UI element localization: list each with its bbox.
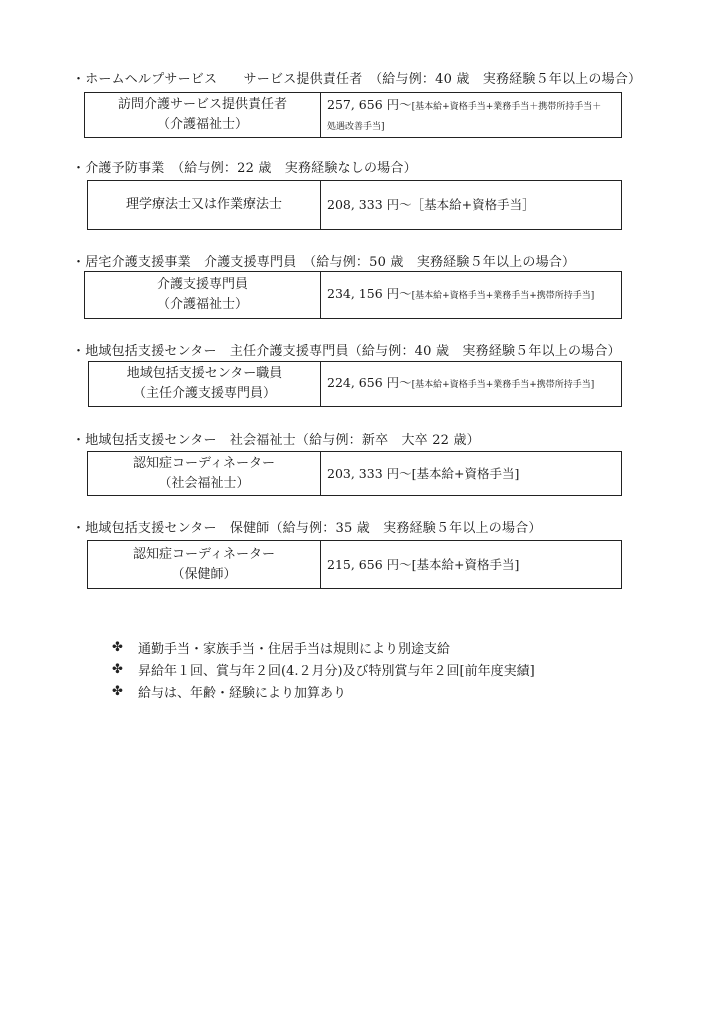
salary-cell: 234, 156 円～[基本給+資格手当+業務手当+携帯所持手当]: [321, 272, 621, 318]
salary-table-chief-care-manager: 地域包括支援センター職員 （主任介護支援専門員） 224, 656 円～[基本給…: [88, 361, 622, 407]
salary-cell: 208, 333 円～［基本給+資格手当］: [321, 181, 621, 229]
salary-amount: 234, 156 円～: [327, 286, 412, 301]
section-heading-chief-care-manager: ・地域包括支援センター 主任介護支援専門員（給与例：40 歳 実務経験５年以上の…: [72, 344, 621, 360]
salary-table-social-worker: 認知症コーディネーター （社会福祉士） 203, 333 円～[基本給+資格手当…: [87, 451, 622, 496]
position-title: 訪問介護サービス提供責任者: [118, 95, 287, 115]
note-text: 昇給年１回、賞与年２回(4.２月分)及び特別賞与年２回[前年度実績]: [138, 660, 535, 679]
note-text: 給与は、年齢・経験により加算あり: [138, 682, 346, 701]
qualification: （主任介護支援専門員）: [133, 384, 276, 404]
position-title: 地域包括支援センター職員: [127, 364, 282, 384]
salary-amount: 215, 656 円～: [327, 557, 412, 572]
salary-table-home-help: 訪問介護サービス提供責任者 （介護福祉士） 257, 656 円～[基本給+資格…: [84, 92, 622, 138]
section-heading-prevention: ・介護予防事業 （給与例：22 歳 実務経験なしの場合）: [72, 161, 417, 177]
salary-amount: 203, 333 円～: [327, 466, 412, 481]
salary-breakdown: [基本給+資格手当+業務手当+携帯所持手当]: [412, 380, 595, 390]
clover-bullet-icon: ✤: [112, 640, 138, 655]
note-text: 通勤手当・家族手当・住居手当は規則により別途支給: [138, 638, 450, 657]
salary-cell: 215, 656 円～[基本給+資格手当]: [321, 541, 621, 588]
position-title: 認知症コーディネーター: [133, 454, 275, 474]
note-item: ✤ 給与は、年齢・経験により加算あり: [112, 680, 535, 702]
clover-bullet-icon: ✤: [112, 662, 138, 677]
qualification: （保健師）: [171, 565, 236, 585]
qualification: （介護福祉士）: [157, 115, 248, 135]
qualification: （介護福祉士）: [157, 295, 248, 315]
salary-table-home-care-support: 介護支援専門員 （介護福祉士） 234, 156 円～[基本給+資格手当+業務手…: [84, 271, 622, 319]
position-title: 理学療法士又は作業療法士: [126, 195, 282, 215]
position-title: 介護支援専門員: [157, 275, 248, 295]
position-cell: 認知症コーディネーター （社会福祉士）: [88, 452, 321, 495]
notes-list: ✤ 通勤手当・家族手当・住居手当は規則により別途支給 ✤ 昇給年１回、賞与年２回…: [112, 636, 535, 702]
salary-breakdown: [基本給+資格手当]: [412, 466, 520, 481]
section-heading-home-care-support: ・居宅介護支援事業 介護支援専門員 （給与例：50 歳 実務経験５年以上の場合）: [72, 255, 575, 271]
salary-amount: 208, 333 円～: [327, 197, 412, 212]
position-cell: 地域包括支援センター職員 （主任介護支援専門員）: [89, 362, 321, 406]
salary-cell: 257, 656 円～[基本給+資格手当+業務手当＋携帯所持手当＋ 処遇改善手当…: [321, 93, 621, 137]
salary-breakdown: [基本給+資格手当+業務手当＋携帯所持手当＋: [412, 102, 602, 112]
note-item: ✤ 昇給年１回、賞与年２回(4.２月分)及び特別賞与年２回[前年度実績]: [112, 658, 535, 680]
salary-table-prevention: 理学療法士又は作業療法士 208, 333 円～［基本給+資格手当］: [87, 180, 622, 230]
salary-cell: 203, 333 円～[基本給+資格手当]: [321, 452, 621, 495]
salary-breakdown-continued: 処遇改善手当]: [327, 117, 621, 137]
position-cell: 介護支援専門員 （介護福祉士）: [85, 272, 321, 318]
salary-breakdown: ［基本給+資格手当］: [412, 197, 535, 212]
salary-cell: 224, 656 円～[基本給+資格手当+業務手当+携帯所持手当]: [321, 362, 621, 406]
salary-amount: 257, 656 円～: [327, 97, 412, 112]
salary-breakdown: [基本給+資格手当+業務手当+携帯所持手当]: [412, 291, 595, 301]
salary-amount: 224, 656 円～: [327, 375, 412, 390]
position-cell: 訪問介護サービス提供責任者 （介護福祉士）: [85, 93, 321, 137]
qualification: （社会福祉士）: [158, 474, 249, 494]
section-heading-social-worker: ・地域包括支援センター 社会福祉士（給与例：新卒 大卒 22 歳）: [72, 433, 480, 449]
salary-table-public-health-nurse: 認知症コーディネーター （保健師） 215, 656 円～[基本給+資格手当]: [87, 540, 622, 589]
section-heading-home-help: ・ホームヘルプサービス サービス提供責任者 （給与例：40 歳 実務経験５年以上…: [72, 72, 641, 88]
salary-breakdown: [基本給+資格手当]: [412, 557, 520, 572]
position-cell: 認知症コーディネーター （保健師）: [88, 541, 321, 588]
section-heading-public-health-nurse: ・地域包括支援センター 保健師（給与例：35 歳 実務経験５年以上の場合）: [72, 521, 542, 537]
position-cell: 理学療法士又は作業療法士: [88, 181, 321, 229]
position-title: 認知症コーディネーター: [133, 545, 275, 565]
clover-bullet-icon: ✤: [112, 684, 138, 699]
note-item: ✤ 通勤手当・家族手当・住居手当は規則により別途支給: [112, 636, 535, 658]
